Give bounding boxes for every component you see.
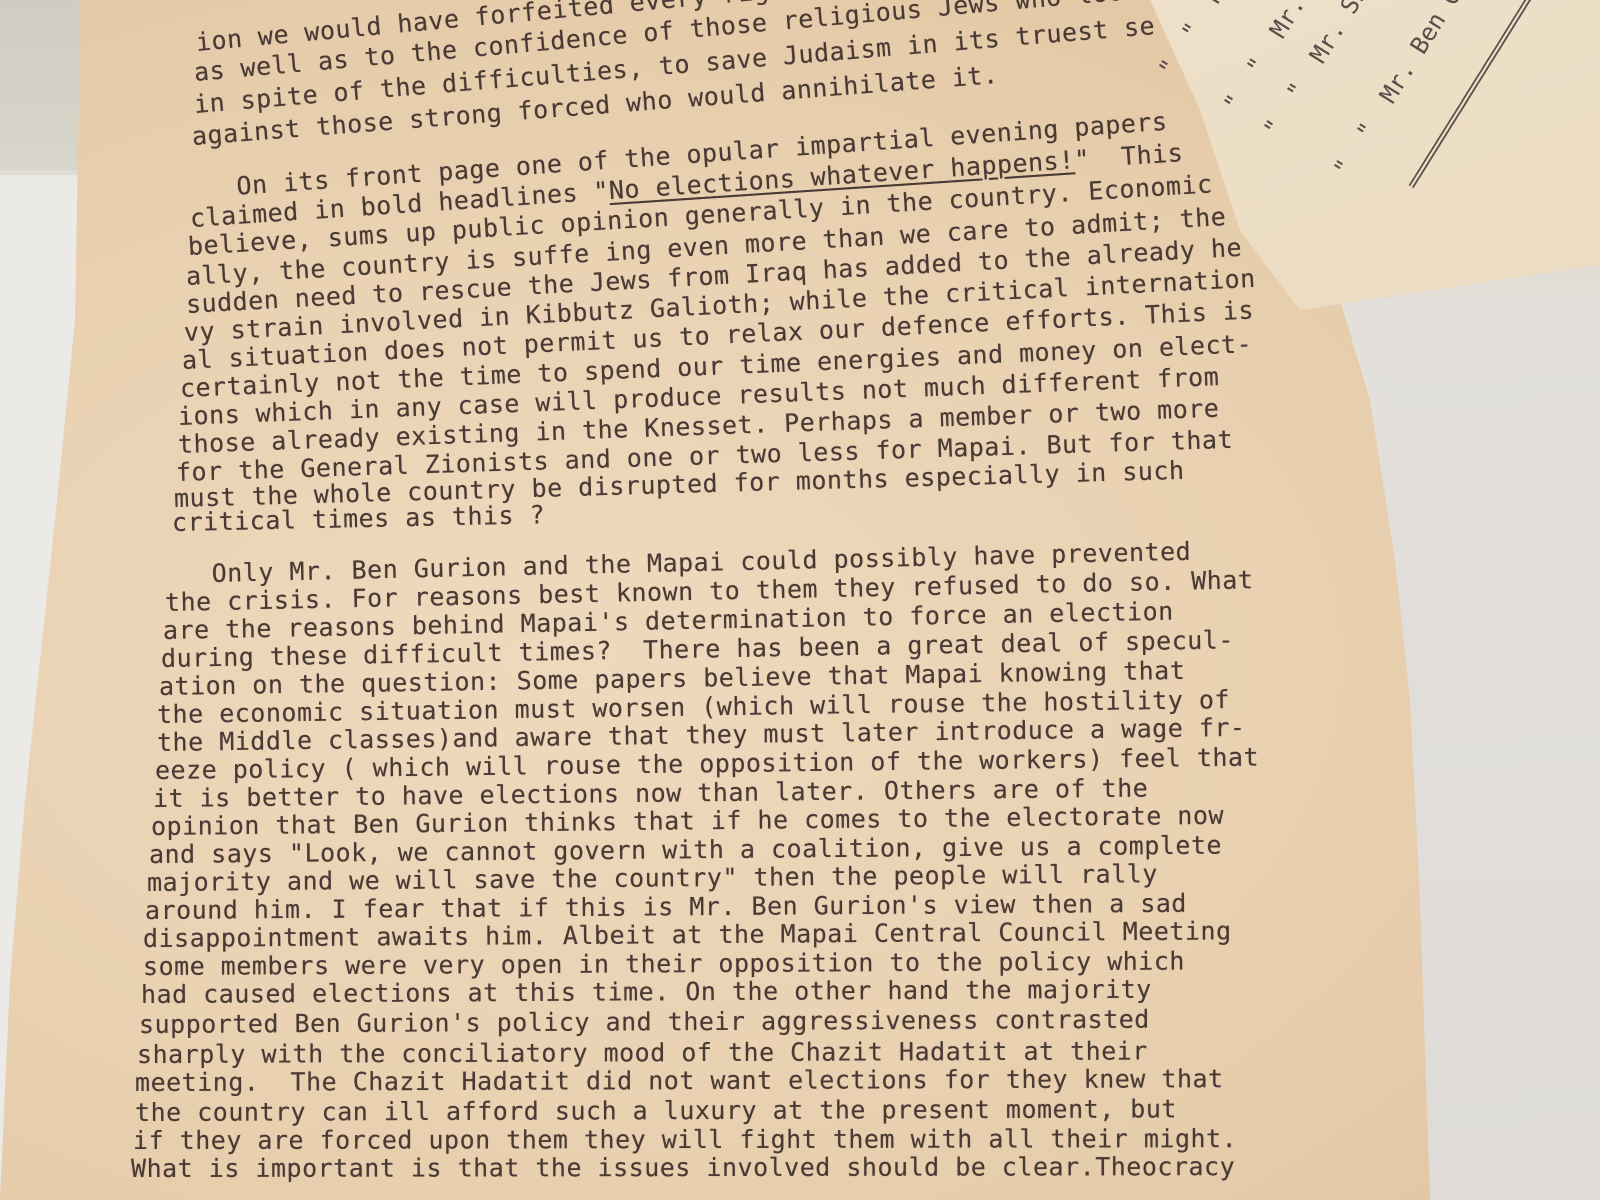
text-line: had caused elections at this time. On th… [141, 975, 1152, 1009]
text-line: What is important is that the issues inv… [131, 1152, 1235, 1183]
text-line: the country can ill afford such a luxury… [135, 1094, 1177, 1127]
text-line: if they are forced upon them they will f… [133, 1124, 1237, 1155]
photo-scene: ion we would have forfeited every right … [0, 0, 1600, 1200]
text-line: supported Ben Gurion's policy and their … [139, 1005, 1150, 1039]
text-line: meeting. The Chazit Hadatit did not want… [135, 1064, 1224, 1097]
